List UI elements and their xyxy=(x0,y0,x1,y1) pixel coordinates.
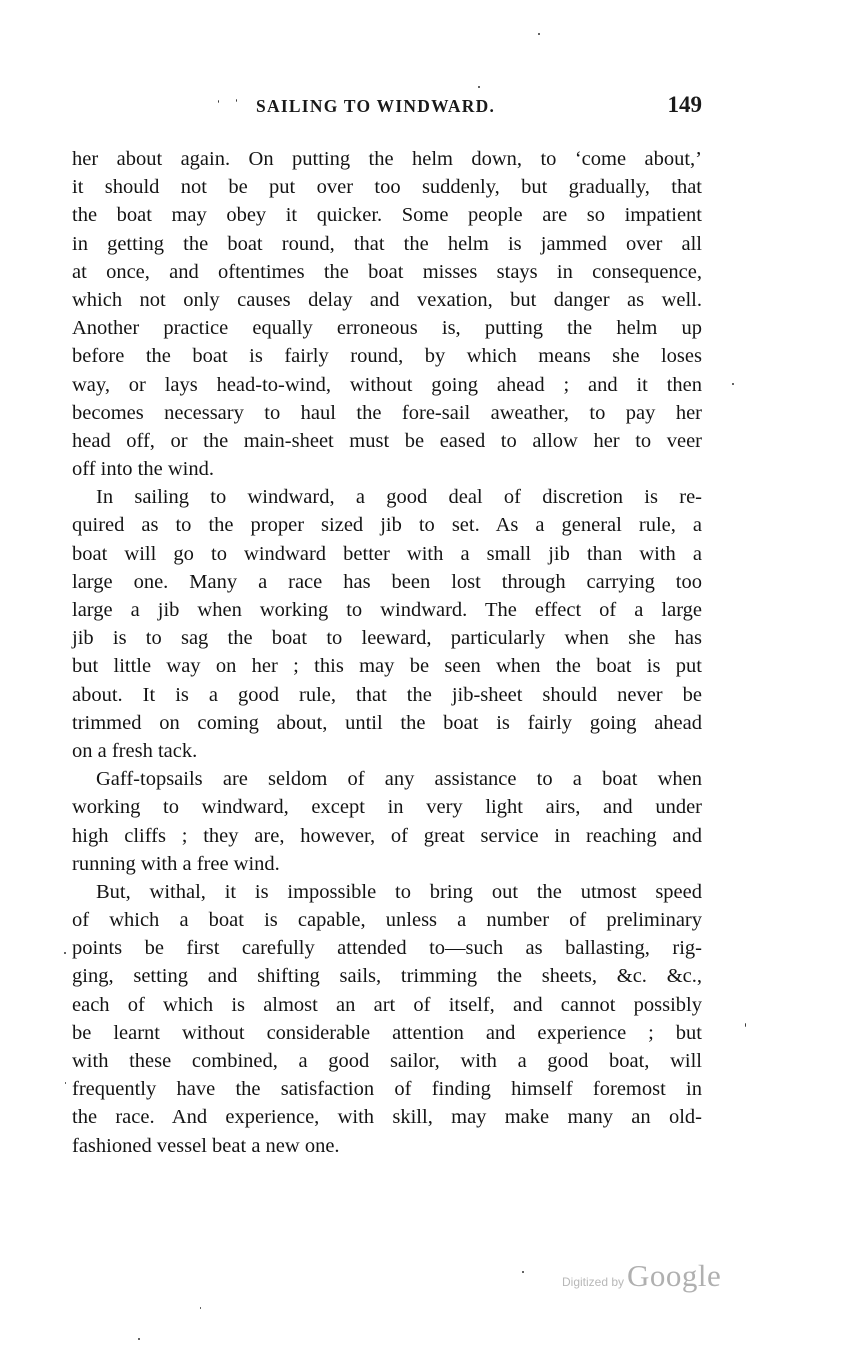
text-line: with these combined, a good sailor, with… xyxy=(72,1047,702,1075)
scan-speck xyxy=(478,86,480,88)
paragraph: But, withal, it is impossible to bring o… xyxy=(72,878,702,1160)
text-line: fashioned vessel beat a new one. xyxy=(72,1132,702,1160)
body-text: her about again. On putting the helm dow… xyxy=(72,145,702,1160)
scan-speck xyxy=(218,100,219,103)
scanned-book-page: SAILING TO WINDWARD. 149 her about again… xyxy=(0,0,860,1353)
text-line: large one. Many a race has been lost thr… xyxy=(72,568,702,596)
scan-speck xyxy=(64,952,66,954)
text-line: the boat may obey it quicker. Some peopl… xyxy=(72,201,702,229)
scan-speck xyxy=(745,1023,746,1027)
text-line: working to windward, except in very ligh… xyxy=(72,793,702,821)
text-line: Gaff-topsails are seldom of any assistan… xyxy=(72,765,702,793)
text-line: frequently have the satisfaction of find… xyxy=(72,1075,702,1103)
text-line: head off, or the main-sheet must be ease… xyxy=(72,427,702,455)
text-line: in getting the boat round, that the helm… xyxy=(72,230,702,258)
paragraph: In sailing to windward, a good deal of d… xyxy=(72,483,702,765)
scan-speck xyxy=(538,33,540,35)
text-line: way, or lays head-to-wind, without going… xyxy=(72,371,702,399)
paragraph: Gaff-topsails are seldom of any assistan… xyxy=(72,765,702,878)
text-line: be learnt without considerable attention… xyxy=(72,1019,702,1047)
text-line: trimmed on coming about, until the boat … xyxy=(72,709,702,737)
text-line: boat will go to windward better with a s… xyxy=(72,540,702,568)
text-line: but little way on her ; this may be seen… xyxy=(72,652,702,680)
text-line: off into the wind. xyxy=(72,455,702,483)
paragraph: her about again. On putting the helm dow… xyxy=(72,145,702,483)
scan-speck xyxy=(65,1082,66,1084)
page-header: SAILING TO WINDWARD. 149 xyxy=(70,92,704,122)
scan-speck xyxy=(522,1271,524,1273)
text-line: jib is to sag the boat to leeward, parti… xyxy=(72,624,702,652)
page-number: 149 xyxy=(668,92,703,118)
scan-speck xyxy=(200,1307,201,1309)
text-line: points be first carefully attended to—su… xyxy=(72,934,702,962)
text-line: ging, setting and shifting sails, trimmi… xyxy=(72,962,702,990)
watermark-prefix: Digitized by xyxy=(562,1275,624,1289)
google-logo: Google xyxy=(627,1258,721,1294)
text-line: which not only causes delay and vexation… xyxy=(72,286,702,314)
digitized-by-google-watermark: Digitized by Google xyxy=(562,1258,721,1294)
text-line: quired as to the proper sized jib to set… xyxy=(72,511,702,539)
text-line: before the boat is fairly round, by whic… xyxy=(72,342,702,370)
scan-speck xyxy=(138,1338,140,1340)
text-line: running with a free wind. xyxy=(72,850,702,878)
text-line: about. It is a good rule, that the jib-s… xyxy=(72,681,702,709)
text-line: But, withal, it is impossible to bring o… xyxy=(72,878,702,906)
text-line: on a fresh tack. xyxy=(72,737,702,765)
text-line: at once, and oftentimes the boat misses … xyxy=(72,258,702,286)
text-line: large a jib when working to windward. Th… xyxy=(72,596,702,624)
text-line: it should not be put over too suddenly, … xyxy=(72,173,702,201)
text-line: the race. And experience, with skill, ma… xyxy=(72,1103,702,1131)
scan-speck xyxy=(236,99,237,102)
text-line: Another practice equally erroneous is, p… xyxy=(72,314,702,342)
text-line: of which a boat is capable, unless a num… xyxy=(72,906,702,934)
text-line: high cliffs ; they are, however, of grea… xyxy=(72,822,702,850)
running-title: SAILING TO WINDWARD. xyxy=(256,96,495,117)
scan-speck xyxy=(732,383,734,385)
text-line: becomes necessary to haul the fore-sail … xyxy=(72,399,702,427)
text-line: each of which is almost an art of itself… xyxy=(72,991,702,1019)
text-line: her about again. On putting the helm dow… xyxy=(72,145,702,173)
text-line: In sailing to windward, a good deal of d… xyxy=(72,483,702,511)
